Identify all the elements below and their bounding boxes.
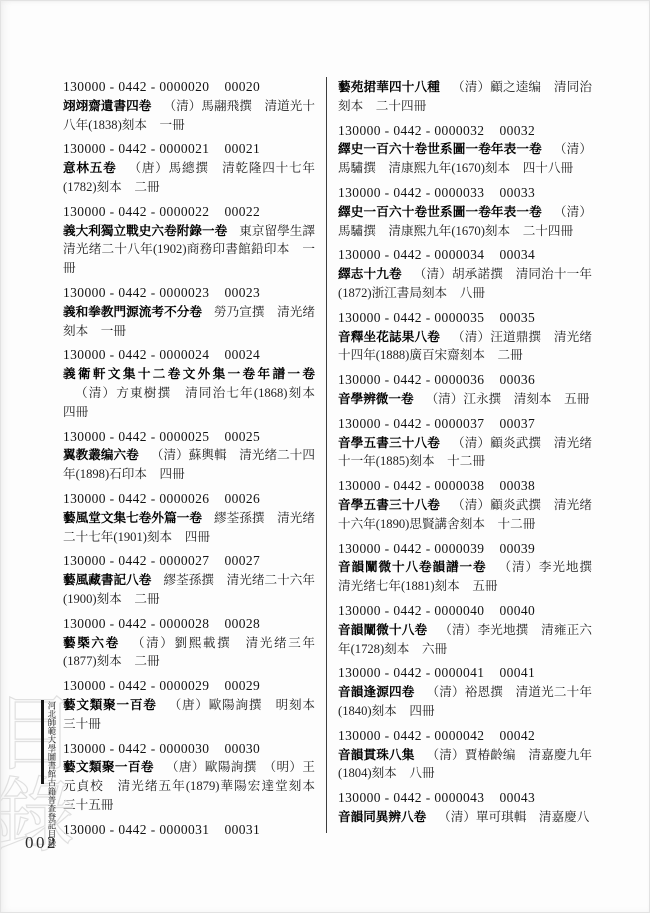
entry-title: 義大利獨立戰史六卷附錄一卷 bbox=[63, 224, 227, 238]
entry-serial: 00023 bbox=[224, 285, 260, 300]
catalog-entry: 130000 - 0442 - 000003800038 音學五書三十八卷（清）… bbox=[338, 477, 592, 533]
entry-title: 義衛軒文集十二卷文外集一卷年譜一卷 bbox=[63, 367, 315, 381]
catalog-entry: 130000 - 0442 - 000002100021 意林五卷（唐）馬總撰 … bbox=[63, 140, 315, 196]
catalog-entry: 130000 - 0442 - 000002600026 藝風堂文集七卷外篇一卷… bbox=[63, 490, 315, 546]
entry-id-line: 130000 - 0442 - 000004000040 bbox=[338, 602, 592, 621]
entry-serial: 00025 bbox=[224, 429, 260, 444]
entry-id: 130000 - 0442 - 0000033 bbox=[338, 185, 484, 200]
left-column: 130000 - 0442 - 000002000020 翊翊齋遺書四卷（清）馬… bbox=[63, 78, 315, 845]
entry-id-line: 130000 - 0442 - 000003300033 bbox=[338, 184, 592, 203]
entry-body: 繹史一百六十卷世系圖一卷年表一卷（清）馬驌撰 清康熙九年(1670)刻本 四十八… bbox=[338, 140, 592, 178]
entry-id: 130000 - 0442 - 0000034 bbox=[338, 247, 484, 262]
entry-serial: 00035 bbox=[499, 310, 535, 325]
entry-id-line: 130000 - 0442 - 000002100021 bbox=[63, 140, 315, 159]
entry-title: 音學辨微一卷 bbox=[338, 392, 414, 406]
catalog-entry: 130000 - 0442 - 000002400024 義衛軒文集十二卷文外集… bbox=[63, 346, 315, 421]
entry-body: 音學五書三十八卷（清）顧炎武撰 清光绪十六年(1890)思賢講舍刻本 十二冊 bbox=[338, 496, 592, 534]
entry-id-line: 130000 - 0442 - 000004300043 bbox=[338, 789, 592, 808]
entry-serial: 00021 bbox=[224, 141, 260, 156]
entry-id: 130000 - 0442 - 0000036 bbox=[338, 372, 484, 387]
entry-details: （清）方東樹撰 清同治七年(1868)刻本 四冊 bbox=[63, 386, 328, 419]
entry-id-line: 130000 - 0442 - 000003600036 bbox=[338, 371, 592, 390]
spine-title: 河北師範大學圖書館古籍普查登記目錄 bbox=[45, 701, 58, 847]
entry-id: 130000 - 0442 - 0000042 bbox=[338, 728, 484, 743]
entry-id: 130000 - 0442 - 0000026 bbox=[63, 491, 209, 506]
catalog-page: 目錄 河北師範大學圖書館古籍普查登記目錄 002 130000 - 0442 -… bbox=[0, 0, 650, 913]
entry-serial: 00034 bbox=[499, 247, 535, 262]
entry-body: 音韻貫珠八集（清）賈椿齡编 清嘉慶九年(1804)刻本 八冊 bbox=[338, 746, 592, 784]
entry-body: 音學辨微一卷（清）江永撰 清刻本 五冊 bbox=[338, 390, 592, 409]
catalog-entry: 130000 - 0442 - 000002700027 藝風藏書記八卷繆荃孫撰… bbox=[63, 552, 315, 608]
entry-id-line: 130000 - 0442 - 000002600026 bbox=[63, 490, 315, 509]
entry-body: 音韻逢源四卷（清）裕恩撰 清道光二十年(1840)刻本 四冊 bbox=[338, 683, 592, 721]
entry-id: 130000 - 0442 - 0000039 bbox=[338, 541, 484, 556]
entry-body: 藝風堂文集七卷外篇一卷繆荃孫撰 清光绪二十七年(1901)刻本 四冊 bbox=[63, 509, 315, 547]
entry-title: 翊翊齋遺書四卷 bbox=[63, 99, 151, 113]
entry-id-line: 130000 - 0442 - 000003000030 bbox=[63, 740, 315, 759]
entry-serial: 00022 bbox=[224, 204, 260, 219]
entry-serial: 00036 bbox=[499, 372, 535, 387]
entry-title: 音韻闡微十八卷韻譜一卷 bbox=[338, 560, 486, 574]
entry-id: 130000 - 0442 - 0000040 bbox=[338, 603, 484, 618]
entry-title: 意林五卷 bbox=[63, 161, 117, 175]
entry-id-line: 130000 - 0442 - 000003400034 bbox=[338, 246, 592, 265]
catalog-entry: 130000 - 0442 - 000002900029 藝文類聚一百卷（唐）歐… bbox=[63, 677, 315, 733]
catalog-entry: 130000 - 0442 - 000004200042 音韻貫珠八集（清）賈椿… bbox=[338, 727, 592, 783]
entry-id: 130000 - 0442 - 0000028 bbox=[63, 616, 209, 631]
entry-id: 130000 - 0442 - 0000043 bbox=[338, 790, 484, 805]
entry-id-line: 130000 - 0442 - 000002400024 bbox=[63, 346, 315, 365]
entry-id: 130000 - 0442 - 0000035 bbox=[338, 310, 484, 325]
entry-id-line: 130000 - 0442 - 000002300023 bbox=[63, 284, 315, 303]
entry-serial: 00042 bbox=[499, 728, 535, 743]
entry-title: 翼教叢编六卷 bbox=[63, 448, 139, 462]
catalog-entry: 130000 - 0442 - 000002500025 翼教叢编六卷（清）蘇輿… bbox=[63, 428, 315, 484]
catalog-entry: 130000 - 0442 - 000003600036 音學辨微一卷（清）江永… bbox=[338, 371, 592, 409]
entry-serial: 00033 bbox=[499, 185, 535, 200]
entry-serial: 00028 bbox=[224, 616, 260, 631]
entry-body: 音韻同異辨八卷（清）單可琪輯 清嘉慶八 bbox=[338, 808, 592, 827]
entry-body: 翊翊齋遺書四卷（清）馬翮飛撰 清道光十八年(1838)刻本 一冊 bbox=[63, 97, 315, 135]
entry-title: 音韻貫珠八集 bbox=[338, 748, 414, 762]
entry-id-line: 130000 - 0442 - 000003800038 bbox=[338, 477, 592, 496]
entry-id-line: 130000 - 0442 - 000003900039 bbox=[338, 540, 592, 559]
entry-id: 130000 - 0442 - 0000022 bbox=[63, 204, 209, 219]
entry-body: 意林五卷（唐）馬總撰 清乾隆四十七年(1782)刻本 二冊 bbox=[63, 159, 315, 197]
entry-details: （清）江永撰 清刻本 五冊 bbox=[426, 392, 590, 406]
catalog-entry: 130000 - 0442 - 000003400034 繹志十九卷（清）胡承諾… bbox=[338, 246, 592, 302]
entry-id: 130000 - 0442 - 0000030 bbox=[63, 741, 209, 756]
column-divider bbox=[326, 77, 327, 833]
catalog-entry: 130000 - 0442 - 000003500035 音釋坐花誌果八卷（清）… bbox=[338, 309, 592, 365]
entry-id-line: 130000 - 0442 - 000002500025 bbox=[63, 428, 315, 447]
entry-title: 音韻同異辨八卷 bbox=[338, 810, 426, 824]
entry-id: 130000 - 0442 - 0000027 bbox=[63, 553, 209, 568]
entry-id: 130000 - 0442 - 0000024 bbox=[63, 347, 209, 362]
catalog-entry: 130000 - 0442 - 000002300023 義和拳教門源流考不分卷… bbox=[63, 284, 315, 340]
entry-serial: 00039 bbox=[499, 541, 535, 556]
entry-body: 義衛軒文集十二卷文外集一卷年譜一卷（清）方東樹撰 清同治七年(1868)刻本 四… bbox=[63, 365, 315, 421]
entry-title: 藝文類聚一百卷 bbox=[63, 698, 157, 712]
catalog-entry: 130000 - 0442 - 000003100031 bbox=[63, 821, 315, 840]
entry-body: 藝苑捃華四十八種（清）顧之逵编 清同治刻本 二十四冊 bbox=[338, 78, 592, 116]
catalog-entry: 130000 - 0442 - 000002000020 翊翊齋遺書四卷（清）馬… bbox=[63, 78, 315, 134]
entry-id-line: 130000 - 0442 - 000003100031 bbox=[63, 821, 315, 840]
entry-id-line: 130000 - 0442 - 000002700027 bbox=[63, 552, 315, 571]
entry-title: 音韻闡微十八卷 bbox=[338, 623, 427, 637]
entry-serial: 00041 bbox=[499, 665, 535, 680]
entry-id: 130000 - 0442 - 0000041 bbox=[338, 665, 484, 680]
entry-id: 130000 - 0442 - 0000032 bbox=[338, 123, 484, 138]
entry-id-line: 130000 - 0442 - 000002800028 bbox=[63, 615, 315, 634]
catalog-entry: 130000 - 0442 - 000003000030 藝文類聚一百卷（唐）歐… bbox=[63, 740, 315, 815]
entry-id-line: 130000 - 0442 - 000003700037 bbox=[338, 415, 592, 434]
catalog-entry: 130000 - 0442 - 000004100041 音韻逢源四卷（清）裕恩… bbox=[338, 664, 592, 720]
catalog-entry: 藝苑捃華四十八種（清）顧之逵编 清同治刻本 二十四冊 bbox=[338, 78, 592, 116]
entry-title: 音釋坐花誌果八卷 bbox=[338, 330, 440, 344]
catalog-entry: 130000 - 0442 - 000002200022 義大利獨立戰史六卷附錄… bbox=[63, 203, 315, 278]
catalog-entry: 130000 - 0442 - 000003900039 音韻闡微十八卷韻譜一卷… bbox=[338, 540, 592, 596]
entry-body: 藝風藏書記八卷繆荃孫撰 清光绪二十六年(1900)刻本 二冊 bbox=[63, 571, 315, 609]
entry-id-line: 130000 - 0442 - 000004100041 bbox=[338, 664, 592, 683]
catalog-entry: 130000 - 0442 - 000003700037 音學五書三十八卷（清）… bbox=[338, 415, 592, 471]
catalog-entry: 130000 - 0442 - 000003300033 繹史一百六十卷世系圖一… bbox=[338, 184, 592, 240]
entry-id-line: 130000 - 0442 - 000002000020 bbox=[63, 78, 315, 97]
entry-body: 音韻闡微十八卷（清）李光地撰 清雍正六年(1728)刻本 六冊 bbox=[338, 621, 592, 659]
entry-body: 繹志十九卷（清）胡承諾撰 清同治十一年(1872)浙江書局刻本 八冊 bbox=[338, 265, 592, 303]
entry-body: 藝文類聚一百卷（唐）歐陽詢撰 明刻本 三十冊 bbox=[63, 696, 315, 734]
entry-id-line: 130000 - 0442 - 000003500035 bbox=[338, 309, 592, 328]
right-column: 藝苑捃華四十八種（清）顧之逵编 清同治刻本 二十四冊 130000 - 0442… bbox=[338, 78, 592, 833]
entry-title: 繹志十九卷 bbox=[338, 267, 402, 281]
entry-body: 音韻闡微十八卷韻譜一卷（清）李光地撰 清光绪七年(1881)刻本 五冊 bbox=[338, 558, 592, 596]
catalog-entry: 130000 - 0442 - 000004000040 音韻闡微十八卷（清）李… bbox=[338, 602, 592, 658]
entry-body: 翼教叢编六卷（清）蘇輿輯 清光绪二十四年(1898)石印本 四冊 bbox=[63, 446, 315, 484]
entry-serial: 00026 bbox=[224, 491, 260, 506]
entry-serial: 00037 bbox=[499, 416, 535, 431]
entry-body: 音釋坐花誌果八卷（清）汪道鼎撰 清光绪十四年(1888)廣百宋齋刻本 二冊 bbox=[338, 328, 592, 366]
entry-title: 藝苑捃華四十八種 bbox=[338, 80, 440, 94]
entry-serial: 00031 bbox=[224, 822, 260, 837]
entry-id: 130000 - 0442 - 0000021 bbox=[63, 141, 209, 156]
entry-id-line: 130000 - 0442 - 000004200042 bbox=[338, 727, 592, 746]
catalog-entry: 130000 - 0442 - 000002800028 藝槩六卷（清）劉熙載撰… bbox=[63, 615, 315, 671]
entry-id: 130000 - 0442 - 0000031 bbox=[63, 822, 209, 837]
catalog-entry: 130000 - 0442 - 000004300043 音韻同異辨八卷（清）單… bbox=[338, 789, 592, 827]
spine-rule bbox=[41, 700, 44, 784]
entry-title: 繹史一百六十卷世系圖一卷年表一卷 bbox=[338, 205, 542, 219]
entry-id: 130000 - 0442 - 0000023 bbox=[63, 285, 209, 300]
catalog-entry: 130000 - 0442 - 000003200032 繹史一百六十卷世系圖一… bbox=[338, 122, 592, 178]
entry-id: 130000 - 0442 - 0000025 bbox=[63, 429, 209, 444]
entry-serial: 00027 bbox=[224, 553, 260, 568]
entry-title: 音學五書三十八卷 bbox=[338, 436, 440, 450]
entry-serial: 00040 bbox=[499, 603, 535, 618]
entry-id-line: 130000 - 0442 - 000002200022 bbox=[63, 203, 315, 222]
entry-title: 繹史一百六十卷世系圖一卷年表一卷 bbox=[338, 142, 542, 156]
entry-serial: 00038 bbox=[499, 478, 535, 493]
entry-serial: 00029 bbox=[224, 678, 260, 693]
entry-body: 繹史一百六十卷世系圖一卷年表一卷（清）馬驌撰 清康熙九年(1670)刻本 二十四… bbox=[338, 203, 592, 241]
page-number: 002 bbox=[25, 833, 58, 853]
entry-serial: 00043 bbox=[499, 790, 535, 805]
entry-title: 音學五書三十八卷 bbox=[338, 498, 440, 512]
entry-serial: 00020 bbox=[224, 79, 260, 94]
entry-title: 藝槩六卷 bbox=[63, 636, 120, 650]
entry-serial: 00024 bbox=[224, 347, 260, 362]
entry-id-line: 130000 - 0442 - 000003200032 bbox=[338, 122, 592, 141]
entry-serial: 00032 bbox=[499, 123, 535, 138]
entry-body: 藝文類聚一百卷（唐）歐陽詢撰 （明）王元貞校 清光绪五年(1879)華陽宏達堂刻… bbox=[63, 758, 315, 814]
entry-title: 藝風藏書記八卷 bbox=[63, 573, 151, 587]
entry-title: 音韻逢源四卷 bbox=[338, 685, 414, 699]
entry-id: 130000 - 0442 - 0000020 bbox=[63, 79, 209, 94]
entry-id: 130000 - 0442 - 0000029 bbox=[63, 678, 209, 693]
entry-title: 義和拳教門源流考不分卷 bbox=[63, 305, 202, 319]
entry-body: 音學五書三十八卷（清）顧炎武撰 清光绪十一年(1885)刻本 十二冊 bbox=[338, 434, 592, 472]
entry-id-line: 130000 - 0442 - 000002900029 bbox=[63, 677, 315, 696]
entry-body: 義大利獨立戰史六卷附錄一卷東京留學生譯 清光绪二十八年(1902)商務印書館鉛印… bbox=[63, 222, 315, 278]
entry-serial: 00030 bbox=[224, 741, 260, 756]
entry-id: 130000 - 0442 - 0000038 bbox=[338, 478, 484, 493]
entry-body: 藝槩六卷（清）劉熙載撰 清光绪三年(1877)刻本 二冊 bbox=[63, 634, 315, 672]
entry-body: 義和拳教門源流考不分卷勞乃宣撰 清光绪刻本 一冊 bbox=[63, 303, 315, 341]
entry-id: 130000 - 0442 - 0000037 bbox=[338, 416, 484, 431]
entry-details: （清）單可琪輯 清嘉慶八 bbox=[438, 810, 589, 824]
entry-title: 藝文類聚一百卷 bbox=[63, 760, 154, 774]
entry-title: 藝風堂文集七卷外篇一卷 bbox=[63, 511, 202, 525]
